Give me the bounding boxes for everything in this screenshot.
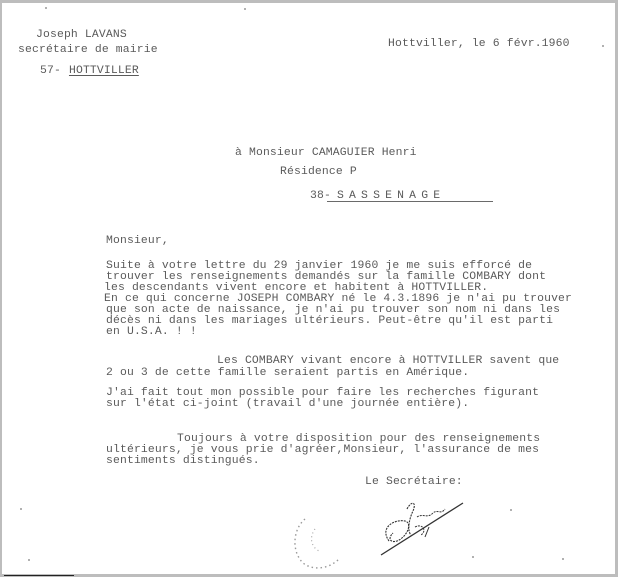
recipient-line1: à Monsieur CAMAGUIER Henri — [235, 147, 417, 159]
place-date: Hottviller, le 6 févr.1960 — [388, 38, 570, 50]
scan-speck — [602, 45, 604, 47]
scan-speck — [562, 558, 564, 560]
scan-edge-line — [4, 575, 74, 576]
signature-icon — [377, 497, 467, 557]
recipient-line2: Résidence P — [280, 166, 357, 178]
sender-title: secrétaire de mairie — [18, 44, 158, 56]
scan-speck — [20, 508, 22, 510]
document-page: Joseph LAVANS secrétaire de mairie 57-HO… — [0, 0, 618, 577]
scan-speck — [45, 7, 47, 9]
sender-dept-code: 57- — [40, 65, 61, 77]
p3-line: sur l'état ci-joint (travail d'une journ… — [106, 398, 469, 410]
scan-speck — [510, 509, 512, 511]
p1-line: en U.S.A. ! ! — [106, 326, 197, 338]
sender-town-line: 57-HOTTVILLER — [40, 60, 139, 78]
p2-line: 2 ou 3 de cette famille seraient partis … — [106, 367, 469, 379]
recipient-city-underline — [327, 201, 493, 202]
signatory-title: Le Secrétaire: — [365, 476, 463, 488]
sender-town: HOTTVILLER — [69, 65, 139, 77]
scan-speck — [472, 556, 474, 558]
p2-line: Les COMBARY vivant encore à HOTTVILLER s… — [217, 355, 559, 367]
p4-line: sentiments distingués. — [106, 455, 260, 467]
scan-speck — [244, 8, 246, 10]
stamp-icon — [289, 513, 349, 573]
sender-name: Joseph LAVANS — [36, 29, 127, 41]
scan-speck — [28, 559, 30, 561]
salutation: Monsieur, — [106, 235, 169, 247]
